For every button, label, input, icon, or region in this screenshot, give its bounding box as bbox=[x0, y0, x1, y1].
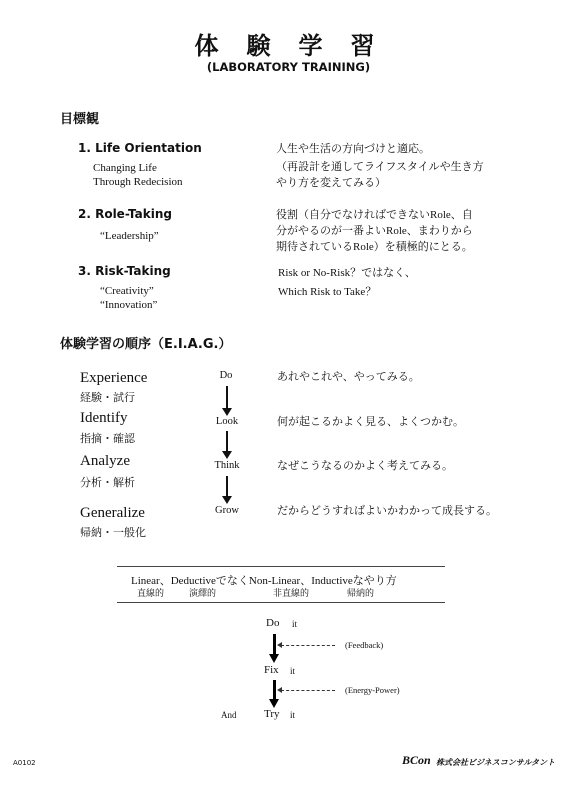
goal-1-desc-2: （再設計を通してライフスタイルや生き方 bbox=[276, 159, 484, 175]
doc-code: A0102 bbox=[13, 759, 36, 767]
arrow-down-icon bbox=[226, 386, 228, 410]
step-analyze-jp: 分析・解析 bbox=[80, 475, 135, 491]
step-do-verb: Do bbox=[206, 370, 246, 381]
goal-1-desc-3: やり方を変えてみる） bbox=[276, 175, 386, 191]
feedback-arrow-icon bbox=[281, 645, 335, 646]
bottom-rule bbox=[117, 602, 445, 603]
cycle-try-it: it bbox=[290, 710, 295, 720]
step-identify-term: Identify bbox=[80, 410, 127, 427]
gloss-deductive: 演繹的 bbox=[189, 586, 216, 599]
company-name: 株式会社ビジネスコンサルタント bbox=[436, 757, 555, 768]
goal-2-desc-1: 役割（自分でなければできないRole、自 bbox=[276, 207, 473, 223]
step-experience-jp: 経験・試行 bbox=[80, 390, 135, 406]
cycle-try: Try bbox=[264, 708, 280, 720]
step-generalize-desc: だからどうすればよいかわかって成長する。 bbox=[277, 503, 497, 519]
step-identify-desc: 何が起こるかよく見る、よくつかむ。 bbox=[277, 414, 464, 430]
step-identify-jp: 指摘・確認 bbox=[80, 431, 135, 447]
goals-heading: 目標観 bbox=[60, 108, 99, 127]
arrow-down-icon bbox=[273, 680, 276, 701]
energy-label: (Energy-Power) bbox=[345, 685, 400, 695]
feedback-label: (Feedback) bbox=[345, 640, 383, 650]
arrow-down-icon bbox=[226, 476, 228, 498]
step-analyze-term: Analyze bbox=[80, 453, 130, 470]
goal-2-desc-3: 期待されているRole）を積極的にとる。 bbox=[276, 239, 473, 255]
eiag-heading: 体験学習の順序（E.I.A.G.） bbox=[60, 333, 231, 352]
gloss-nonlinear: 非直線的 bbox=[273, 586, 309, 599]
goal-1-title: 1. Life Orientation bbox=[78, 141, 202, 155]
company-logo: BCon bbox=[402, 753, 431, 768]
goal-3-sub-2: “Innovation” bbox=[100, 298, 157, 312]
goal-2-sub-1: “Leadership” bbox=[100, 229, 159, 243]
page-title: 体験学習 bbox=[0, 26, 577, 61]
cycle-fix-it: it bbox=[290, 666, 295, 676]
goal-2-desc-2: 分がやるのが一番よいRole、まわりから bbox=[276, 223, 473, 239]
goal-3-desc-1: Risk or No-Risk？ではなく、 bbox=[278, 265, 416, 281]
goal-2-title: 2. Role-Taking bbox=[78, 207, 172, 221]
goal-3-desc-2: Which Risk to Take？ bbox=[278, 284, 376, 300]
goal-1-desc-1: 人生や生活の方向づけと適応。 bbox=[276, 141, 430, 157]
step-analyze-desc: なぜこうなるのかよく考えてみる。 bbox=[277, 458, 453, 474]
step-experience-term: Experience bbox=[80, 370, 147, 387]
top-rule bbox=[117, 566, 445, 567]
step-think-verb: Think bbox=[207, 460, 247, 471]
cycle-fix: Fix bbox=[264, 664, 279, 676]
step-generalize-jp: 帰納・一般化 bbox=[80, 525, 146, 541]
page-subtitle: (LABORATORY TRAINING) bbox=[0, 60, 577, 74]
step-experience-desc: あれやこれや、やってみる。 bbox=[277, 369, 420, 385]
goal-3-sub-1: “Creativity” bbox=[100, 284, 154, 298]
gloss-linear: 直線的 bbox=[137, 586, 164, 599]
step-grow-verb: Grow bbox=[207, 505, 247, 516]
goal-1-sub-2: Through Redecision bbox=[93, 175, 183, 189]
cycle-do-it: it bbox=[292, 619, 297, 629]
energy-arrow-icon bbox=[281, 690, 335, 691]
arrow-down-icon bbox=[226, 431, 228, 453]
goal-1-sub-1: Changing Life bbox=[93, 161, 157, 175]
cycle-and: And bbox=[221, 710, 237, 720]
step-look-verb: Look bbox=[207, 416, 247, 427]
arrow-down-icon bbox=[273, 634, 276, 656]
step-generalize-term: Generalize bbox=[80, 505, 145, 522]
gloss-inductive: 帰納的 bbox=[347, 586, 374, 599]
cycle-do: Do bbox=[266, 617, 279, 629]
goal-3-title: 3. Risk-Taking bbox=[78, 264, 171, 278]
